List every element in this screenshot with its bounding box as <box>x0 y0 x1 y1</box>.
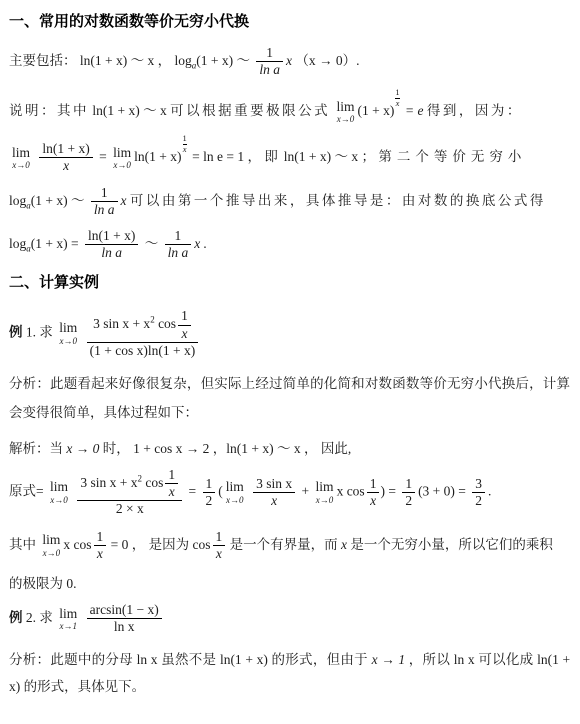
math-run: ln x <box>137 652 158 667</box>
equals-sign: = <box>189 483 197 498</box>
log-function: log <box>174 53 191 68</box>
math-run: x cos <box>63 537 91 552</box>
limit-operator: limx→0 <box>226 480 244 505</box>
text-run: 可以根据重要极限公式 <box>170 103 330 118</box>
tilde-sign: ～ <box>145 236 159 251</box>
text-run: 的形式，但由于 <box>272 652 368 667</box>
section-2-heading: 二、计算实例 <box>9 271 570 292</box>
math-run: (1 + x) ～ <box>31 192 85 207</box>
fraction-numerator: 3 sin x <box>253 476 295 492</box>
example-number: 2. <box>26 610 36 625</box>
text-run: ，所以 <box>409 652 450 667</box>
math-run: ln(1 + x) ～ x <box>92 103 166 118</box>
limit-word: lim <box>113 146 131 160</box>
limit-operator: limx→0 <box>113 146 131 171</box>
fraction-numerator: 3 sin x + x2 cos1x <box>87 308 199 341</box>
fraction: ln(1 + x)x <box>39 141 92 174</box>
document-body: 一、常用的对数函数等价无穷小代换 主要包括： ln(1 + x) ～ x ， l… <box>0 0 580 700</box>
limit-operator: limx→0 <box>316 480 334 505</box>
fraction-denominator: ln a <box>165 244 192 261</box>
text-run: 因此, <box>321 441 351 456</box>
fraction-denominator: ln x <box>87 618 162 635</box>
fraction-numerator: 1 <box>165 467 178 483</box>
math-run: (1 + x) ～ <box>196 53 250 68</box>
fraction-numerator: 1 <box>367 476 380 492</box>
fraction-numerator: 1 <box>94 529 107 545</box>
text-run: 求 <box>39 610 53 625</box>
limit-operator: limx→0 <box>12 146 30 171</box>
variable-x: x <box>341 537 347 552</box>
text-run: （x → 0）. <box>295 53 359 68</box>
limit-word: lim <box>59 321 77 335</box>
fraction-denominator: ln a <box>91 201 118 218</box>
fraction-numerator: 1 <box>183 134 187 144</box>
math-run: 1 + cos x → 2 ，ln(1 + x) ～ x ， <box>133 441 317 456</box>
limit-word: lim <box>42 533 60 547</box>
text-run: 虽然不是 <box>161 652 216 667</box>
fraction-denominator: ln a <box>256 61 283 78</box>
fraction-denominator: x <box>165 483 178 500</box>
math-run: ln x <box>454 652 475 667</box>
fraction: 3 sin x + x2 cos1x2 × x <box>77 467 182 518</box>
math-run: ln(1 + x) ～ x ； <box>284 149 375 164</box>
fraction-denominator: x <box>178 325 191 342</box>
limit-subscript: x→0 <box>316 496 334 505</box>
limit-subscript: x→0 <box>113 161 131 170</box>
fraction-denominator: ln a <box>85 244 138 261</box>
fraction: 32 <box>472 476 485 509</box>
limit-word: lim <box>316 480 334 494</box>
fraction-numerator: 1 <box>402 476 415 492</box>
fraction: 1ln a <box>256 45 283 78</box>
example-2-problem: 例 2. 求 limx→1 arcsin(1 − x)ln x <box>9 602 570 635</box>
fraction-denominator: x <box>183 144 187 155</box>
inner-fraction: 1x <box>213 529 226 562</box>
limit-subscript: x→0 <box>336 115 354 124</box>
cos-function: cos <box>158 316 176 331</box>
fraction-denominator: x <box>39 157 92 174</box>
fraction-denominator: x <box>395 98 399 109</box>
fraction-numerator: 1 <box>178 308 191 324</box>
exponent-fraction: 1x <box>395 88 399 109</box>
limit-operator: limx→1 <box>59 607 77 632</box>
period: . <box>488 483 491 498</box>
fraction-denominator: 2 <box>203 492 216 509</box>
limit-operator: limx→0 <box>336 100 354 125</box>
para-explanation: 说明：其中 ln(1 + x) ～ x 可以根据重要极限公式 limx→0(1 … <box>9 88 570 124</box>
math-run: = e <box>405 103 423 118</box>
fraction-numerator: 1 <box>256 45 283 61</box>
para-analysis-1: 分析：此题看起来好像很复杂，但实际上经过简单的化简和对数函数等价无穷小代换后，计… <box>9 369 570 427</box>
example-1-problem: 例 1. 求 limx→0 3 sin x + x2 cos1x(1 + cos… <box>9 308 570 359</box>
example-number: 1. <box>26 325 36 340</box>
text-run: 可以由第一个推导出来，具体推导是：由对数的换底公式得 <box>130 192 546 207</box>
limit-operator: limx→0 <box>42 533 60 558</box>
limit-word: lim <box>50 480 68 494</box>
math-run: x cos <box>337 483 365 498</box>
math-run: 3 sin x + x <box>80 475 137 490</box>
text-run: 得到，因为： <box>427 103 523 118</box>
fraction-numerator: ln(1 + x) <box>39 141 92 157</box>
main-fraction: 3 sin x + x2 cos1x(1 + cos x)ln(1 + x) <box>87 308 199 359</box>
fraction-numerator: 3 <box>472 476 485 492</box>
exponent: 2 <box>150 315 155 325</box>
fraction-numerator: ln(1 + x) <box>85 228 138 244</box>
para-change-of-base: loga(1 + x) = ln(1 + x)ln a ～ 1ln ax . <box>9 228 570 261</box>
fraction-numerator: 1 <box>203 476 216 492</box>
fraction-numerator: 1 <box>395 88 399 98</box>
open-paren: ( <box>218 483 223 498</box>
text-run: 的形式，具体见下。 <box>24 679 146 694</box>
limit-subscript: x→0 <box>59 337 77 346</box>
exponent-fraction: 1x <box>183 134 187 155</box>
para-main-formulas: 主要包括： ln(1 + x) ～ x ， loga(1 + x) ～ 1ln … <box>9 45 570 78</box>
math-run: x → 0 <box>66 441 99 456</box>
fraction-numerator: 3 sin x + x2 cos1x <box>77 467 182 500</box>
fraction: arcsin(1 − x)ln x <box>87 602 162 635</box>
para-second-equivalence: loga(1 + x) ～ 1ln ax 可以由第一个推导出来，具体推导是：由对… <box>9 185 570 218</box>
text-run: 说明：其中 <box>9 103 89 118</box>
fraction-denominator: x <box>94 545 107 562</box>
para-solution-intro: 解析：当 x → 0 时， 1 + cos x → 2 ，ln(1 + x) ～… <box>9 437 570 457</box>
limit-word: lim <box>226 480 244 494</box>
math-run: (1 + x) <box>358 103 395 118</box>
example-label: 例 <box>9 610 23 625</box>
limit-subscript: x→0 <box>42 549 60 558</box>
fraction-denominator: 2 × x <box>77 500 182 517</box>
inner-fraction: 1x <box>165 467 178 500</box>
limit-subscript: x→1 <box>59 622 77 631</box>
equals-sign: = <box>388 483 396 498</box>
text-run: 分析：此题中的分母 <box>9 652 133 667</box>
variable-x: x <box>286 53 292 68</box>
text-run: 是一个无穷小量，所以它们的乘积 <box>350 537 553 552</box>
text-run: 原式= <box>9 483 44 498</box>
text-run: 是一个有界量，而 <box>230 537 338 552</box>
para-limit-is-zero: 的极限为 0. <box>9 572 570 592</box>
equals-sign: = <box>99 149 107 164</box>
math-run: ln(1 + x) <box>134 149 181 164</box>
inner-fraction: 1x <box>367 476 380 509</box>
limit-subscript: x→0 <box>12 161 30 170</box>
fraction: 3 sin xx <box>253 476 295 509</box>
exponent: 2 <box>138 473 143 483</box>
limit-word: lim <box>12 146 30 160</box>
limit-subscript: x→0 <box>226 496 244 505</box>
math-run: x . <box>194 236 207 251</box>
log-function: log <box>9 192 26 207</box>
log-function: log <box>9 236 26 251</box>
para-limit-derivation: limx→0 ln(1 + x)x = limx→0ln(1 + x)1x = … <box>9 134 570 174</box>
text-run: 第二个等价无穷小 <box>378 149 526 164</box>
text-run: 是因为 <box>149 537 190 552</box>
fraction-denominator: x <box>253 492 295 509</box>
limit-operator: limx→0 <box>50 480 68 505</box>
fraction-denominator: 2 <box>472 492 485 509</box>
math-run: x → 1 <box>372 652 406 667</box>
para-computation: 原式= limx→0 3 sin x + x2 cos1x2 × x = 12(… <box>9 467 570 518</box>
para-analysis-2: 分析：此题中的分母 ln x 虽然不是 ln(1 + x) 的形式，但由于 x … <box>9 646 570 700</box>
math-run: ln(1 + x) ～ x ， <box>80 53 171 68</box>
math-run: = ln e = 1 ， <box>192 149 261 164</box>
math-run: ln(1 + x) <box>220 652 268 667</box>
limit-word: lim <box>336 100 354 114</box>
fraction-numerator: 1 <box>165 228 192 244</box>
limit-word: lim <box>59 607 77 621</box>
text-run: 求 <box>39 325 53 340</box>
text-run: 其中 <box>9 537 36 552</box>
fraction-denominator: 2 <box>402 492 415 509</box>
fraction: 1ln a <box>91 185 118 218</box>
math-run: 3 sin x + x <box>93 316 150 331</box>
section-1-heading: 一、常用的对数函数等价无穷小代换 <box>9 10 570 31</box>
variable-x: x <box>121 192 127 207</box>
text-run: 可以化成 <box>478 652 533 667</box>
fraction: 12 <box>203 476 216 509</box>
fraction-denominator: x <box>213 545 226 562</box>
limit-operator: limx→0 <box>59 321 77 346</box>
fraction-numerator: 1 <box>91 185 118 201</box>
plus-sign: + <box>302 483 310 498</box>
fraction-denominator: x <box>367 492 380 509</box>
fraction: 1ln a <box>165 228 192 261</box>
text-run: 即 <box>264 149 280 164</box>
inner-fraction: 1x <box>178 308 191 341</box>
para-bounded-explanation: 其中 limx→0x cos1x = 0 ， 是因为 cos1x 是一个有界量，… <box>9 528 570 563</box>
fraction-numerator: arcsin(1 − x) <box>87 602 162 618</box>
text-run: 解析：当 <box>9 441 63 456</box>
inner-fraction: 1x <box>94 529 107 562</box>
fraction-denominator: (1 + cos x)ln(1 + x) <box>87 342 199 359</box>
close-paren: ) <box>380 483 385 498</box>
cos-function: cos <box>193 537 211 552</box>
math-run: (1 + x) = <box>31 236 79 251</box>
math-run: (3 + 0) = <box>418 483 466 498</box>
text-run: 时， <box>103 441 130 456</box>
fraction: ln(1 + x)ln a <box>85 228 138 261</box>
cos-function: cos <box>145 475 163 490</box>
fraction-numerator: 1 <box>213 529 226 545</box>
math-run: = 0 ， <box>111 537 146 552</box>
limit-subscript: x→0 <box>50 496 68 505</box>
example-label: 例 <box>9 325 23 340</box>
fraction: 12 <box>402 476 415 509</box>
text-run: 主要包括： <box>9 53 77 68</box>
